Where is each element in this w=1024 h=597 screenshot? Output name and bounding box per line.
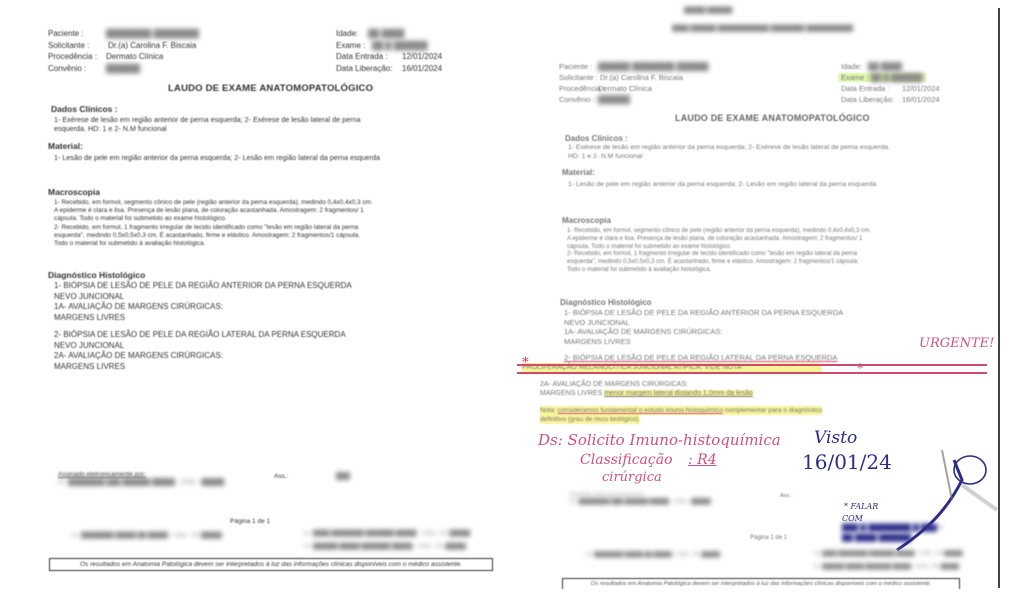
requester-value: Dr.(a) Carolina F. Biscaia	[108, 41, 196, 50]
origin-label: Procedência :	[48, 52, 97, 61]
page-number: Página 1 de 1	[230, 518, 270, 525]
diagnosis-block-1: 1- BIÓPSIA DE LESÃO DE PELE DA REGIÃO AN…	[564, 308, 843, 346]
doctor-1: Dr. ████████ █████ ██ █████ - CRM - PR █…	[586, 552, 720, 558]
handwritten-classification: Classificação	[580, 452, 673, 468]
requester-label: Solicitante :	[559, 73, 598, 82]
insurance-label: Convênio :	[559, 95, 595, 104]
annotated-report: █████ ██████ ████ ██████ ████████████ ██…	[512, 0, 1024, 597]
insurance-label: Convênio :	[48, 64, 86, 73]
age-label: Idade:	[841, 62, 862, 71]
report-title: LAUDO DE EXAME ANATOMOPATOLÓGICO	[675, 113, 870, 123]
material-heading: Material:	[48, 141, 83, 151]
requester-label: Solicitante :	[48, 41, 89, 50]
disclaimer-box: Os resultados em Anatomia Patológica dev…	[562, 578, 960, 589]
exam-label: Exame : ██ █ ██████	[838, 73, 926, 82]
diagnosis-note: Nota: consideramos fundamental o estudo …	[540, 406, 822, 424]
origin-value: Dermato Clínica	[598, 84, 652, 93]
macroscopy-heading: Macroscopia	[48, 187, 100, 197]
patient-label: Paciente :	[559, 62, 592, 71]
doctor-2: Dr. ████ ████████ ███████ █████ - CRM - …	[814, 551, 963, 557]
exam-value: ██ █ ██████	[871, 73, 923, 82]
diagnosis-heading: Diagnóstico Histológico	[48, 270, 145, 280]
handwritten-risk: : R4	[688, 452, 717, 468]
release-date-label: Data Liberação:	[336, 64, 392, 73]
patient-value: ██████ ████████ ██████	[598, 62, 708, 71]
original-report: Paciente : ████████ ████████ Solicitante…	[0, 0, 510, 597]
doctor-2: Dr. ████ ████████ ███████ █████ - CRM - …	[304, 531, 470, 537]
macroscopy-text: 1- Recebido, em formol, segmento cônico …	[54, 199, 434, 248]
asterisk-mark-right: *	[857, 361, 863, 375]
entry-date-value: 12/01/2024	[402, 52, 442, 61]
ass-value: ███	[336, 473, 350, 480]
handwritten-surgery: cirúrgica	[602, 470, 662, 485]
handwritten-bottom-note-3: ███ █ ████████ █ ███ •	[842, 524, 943, 532]
material-text: 1- Lesão de pele em região anterior da p…	[568, 181, 898, 190]
macroscopy-heading: Macroscopia	[562, 216, 611, 225]
insurance-value: ██████	[598, 95, 630, 104]
red-underline-1	[517, 364, 987, 366]
macroscopy-text: 1- Recebido, em formol, segmento cônico …	[567, 227, 947, 274]
signed-by-label: Assinado eletronicamente por:	[58, 471, 146, 478]
doctor-1: Dr. ████████ █████ ██ █████ - CRM - PR █…	[72, 533, 222, 539]
material-text: 1- Lesão de pele em região anterior da p…	[54, 153, 384, 162]
age-value: ██ ████	[368, 29, 404, 38]
stamp-signature-icon	[892, 440, 1002, 560]
urgent-note: URGENTE!	[919, 336, 994, 351]
margin-note: menor margem lateral distando 1,0mm da l…	[604, 390, 753, 397]
signed-by-value: Dr. ████████ ███ ██████ █████ - CRM - ██…	[570, 499, 711, 505]
handwritten-bottom-note-2: COM	[842, 514, 863, 523]
age-value: ██ ████	[868, 62, 902, 71]
requester-value: Dr.(a) Carolina F. Biscaia	[600, 73, 683, 82]
doctor-3: Dr. ██████ █████ ███████ █████ - CRM - P…	[814, 564, 959, 570]
disclaimer-box: Os resultados em Anatomia Patológica dev…	[49, 558, 493, 571]
diagnosis-block-1: 1- BIÓPSIA DE LESÃO DE PELE DA REGIÃO AN…	[54, 281, 352, 323]
patient-value: ████████ ████████	[106, 29, 199, 38]
red-underline-2	[517, 372, 987, 374]
ass-label: Ass.:	[780, 493, 792, 499]
clinical-data-text: 1- Exérese de lesão em região anterior d…	[568, 144, 898, 161]
material-heading: Material:	[562, 168, 595, 177]
diagnosis-block-2-title: 2- BIÓPSIA DE LESÃO DE PELE DA REGIÃO LA…	[564, 353, 837, 364]
exam-label: Exame :	[336, 41, 365, 50]
release-date-label: Data Liberação:	[841, 95, 894, 104]
insurance-value: ██████	[106, 64, 140, 73]
clinical-data-heading: Dados Clínicos :	[565, 134, 628, 143]
entry-date-label: Data Entrada :	[336, 52, 388, 61]
asterisk-mark-left: *	[522, 355, 529, 370]
handwritten-bottom-note-4: ██ ████ ██████	[842, 534, 911, 542]
page-edge-line	[998, 8, 1000, 588]
diagnosis-block-2-margins: 2A- AVALIAÇÃO DE MARGENS CIRÚRGICAS: MAR…	[540, 380, 753, 398]
release-date-value: 16/01/2024	[402, 64, 442, 73]
diagnosis-heading: Diagnóstico Histológico	[560, 298, 652, 307]
entry-date-value: 12/01/2024	[902, 84, 940, 93]
entry-date-label: Data Entrada :	[841, 84, 889, 93]
clinical-data-text: 1- Exérese de lesão em região anterior d…	[54, 115, 384, 133]
handwritten-request: Ds: Solicito Imuno-histoquímica	[538, 431, 781, 449]
lab-header-line-2: ████ ██████ ████████████ ████████ ██████…	[672, 26, 853, 32]
signed-by-value: Dr. ████████ ███ ██████ █████ - CRM - ██…	[58, 479, 224, 486]
origin-value: Dermato Clínica	[106, 52, 163, 61]
handwritten-bottom-note-1: * FALAR	[844, 502, 878, 511]
handwritten-date: 16/01/24	[802, 450, 892, 474]
signed-by-label: Assinado eletronicamente por:	[570, 492, 644, 498]
doctor-3: Dr. ██████ █████ ███████ █████ - CRM - P…	[304, 544, 466, 550]
lab-header-line-1: █████ ██████	[684, 8, 732, 14]
ass-label: Ass.:	[274, 473, 288, 480]
handwritten-visto: Visto	[814, 428, 857, 448]
diagnosis-block-2: 2- BIÓPSIA DE LESÃO DE PELE DA REGIÃO LA…	[54, 330, 346, 372]
exam-value: ██ █ ██████	[372, 41, 427, 50]
release-date-value: 16/01/2024	[902, 95, 940, 104]
page-number: Página 1 de 1	[750, 535, 787, 541]
patient-label: Paciente :	[48, 29, 84, 38]
report-title: LAUDO DE EXAME ANATOMOPATOLÓGICO	[168, 83, 373, 94]
clinical-data-heading: Dados Clínicos :	[51, 104, 118, 114]
age-label: Idade:	[336, 29, 358, 38]
